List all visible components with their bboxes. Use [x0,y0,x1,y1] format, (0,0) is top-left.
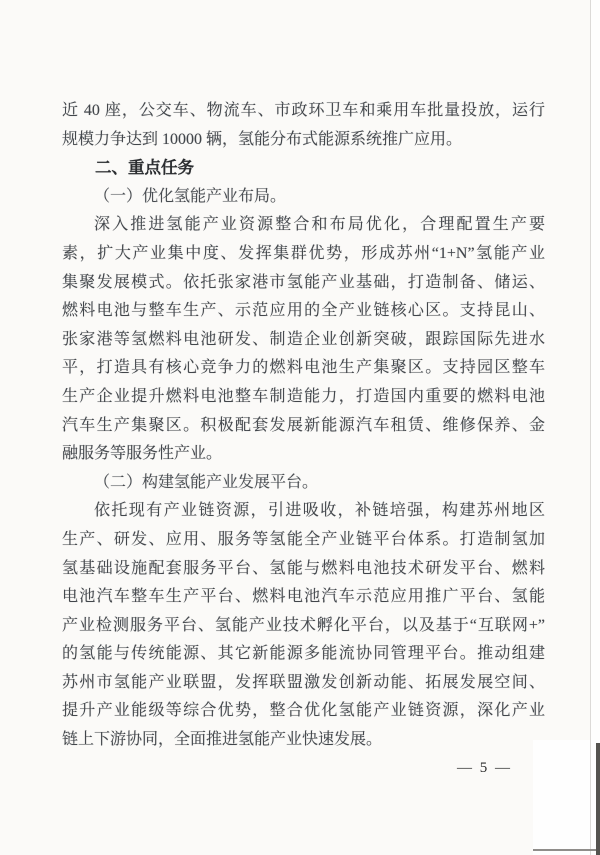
text-line: 深入推进氢能产业资源整合和布局优化，合理配置生产要 [62,211,545,240]
scan-edge-horizontal-line [533,849,597,851]
text-line: 链上下游协同，全面推进氢能产业快速发展。 [62,726,545,755]
text-line: 电池汽车整车生产平台、燃料电池汽车示范应用推广平台、氢能 [62,583,545,612]
text-line: 的氢能与传统能源、其它新能源多能流协同管理平台。推动组建 [62,640,545,669]
text-line: 汽车生产集聚区。积极配套发展新能源汽车租赁、维修保养、金 [62,412,545,441]
subsection-heading: （一）优化氢能产业布局。 [62,183,545,212]
text-line: 生产企业提升燃料电池整车制造能力，打造国内重要的燃料电池 [62,383,545,412]
scan-edge-vertical-line [590,0,591,855]
text-line: 融服务等服务性产业。 [62,440,545,469]
scan-edge-dark-strip [596,743,600,855]
text-line: 集聚发展模式。依托张家港市氢能产业基础，打造制备、储运、 [62,269,545,298]
text-column: 近 40 座，公交车、物流车、市政环卫车和乘用车批量投放，运行 规模力争达到 1… [62,97,545,755]
scanned-document-page: 近 40 座，公交车、物流车、市政环卫车和乘用车批量投放，运行 规模力争达到 1… [0,0,600,855]
text-line: 产业检测服务平台、氢能产业技术孵化平台，以及基于“互联网+” [62,612,545,641]
scan-right-tone [591,0,600,855]
text-line: 提升产业能级等综合优势，整合优化氢能产业链资源，深化产业 [62,697,545,726]
text-line: 规模力争达到 10000 辆，氢能分布式能源系统推广应用。 [62,126,545,155]
text-line: 燃料电池与整车生产、示范应用的全产业链核心区。支持昆山、 [62,297,545,326]
page-number: — 5 — [457,760,512,777]
text-line: 张家港等氢燃料电池研发、制造企业创新突破，跟踪国际先进水 [62,326,545,355]
text-line: 素，扩大产业集中度、发挥集群优势，形成苏州“1+N”氢能产业 [62,240,545,269]
text-line: 生产、研发、应用、服务等氢能全产业链平台体系。打造制氢加 [62,526,545,555]
subsection-heading: （二）构建氢能产业发展平台。 [62,469,545,498]
text-line: 平，打造具有核心竞争力的燃料电池生产集聚区。支持园区整车 [62,354,545,383]
text-line: 依托现有产业链资源，引进吸收，补链培强，构建苏州地区 [62,497,545,526]
text-line: 氢基础设施配套服务平台、氢能与燃料电池技术研发平台、燃料 [62,555,545,584]
section-heading: 二、重点任务 [62,154,545,183]
text-line: 苏州市氢能产业联盟，发挥联盟激发创新动能、拓展发展空间、 [62,669,545,698]
text-line: 近 40 座，公交车、物流车、市政环卫车和乘用车批量投放，运行 [62,97,545,126]
